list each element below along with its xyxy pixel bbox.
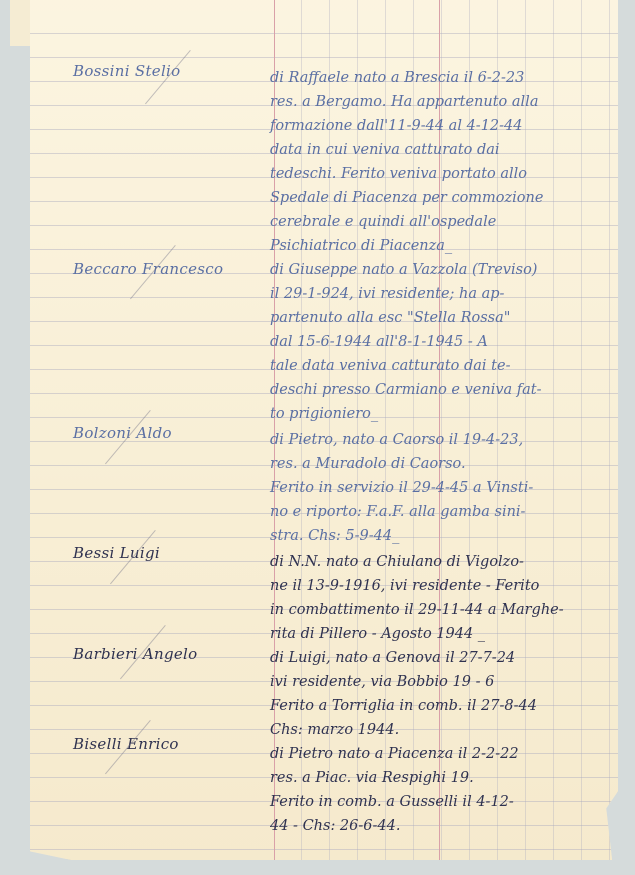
entry-line: Ferito in servizio il 29-4-45 a Vinsti- [270, 476, 615, 500]
entry-line: il 29-1-924, ivi residente; ha ap- [270, 282, 615, 306]
entry-line: to prigioniero_ [270, 402, 615, 426]
entry-line: stra. Chs: 5-9-44_ [270, 524, 615, 548]
entry-line: res. a Piac. via Respighi 19. [270, 766, 615, 790]
entry-name: Bessi Luigi [73, 544, 160, 562]
entry-details: di N.N. nato a Chiulano di Vigolzo- ne i… [270, 550, 615, 646]
entry-line: di Luigi, nato a Genova il 27-7-24 [270, 646, 615, 670]
entry-line: tale data veniva catturato dai te- [270, 354, 615, 378]
entry-line: res. a Muradolo di Caorso. [270, 452, 615, 476]
entry-line: tedeschi. Ferito veniva portato allo [270, 162, 615, 186]
entry-line: Chs: marzo 1944. [270, 718, 615, 742]
entry-name: Bossini Stelio [73, 62, 180, 80]
entry-line: ivi residente, via Bobbio 19 - 6 [270, 670, 615, 694]
entry-line: 44 - Chs: 26-6-44. [270, 814, 615, 838]
entry-line: Spedale di Piacenza per commozione [270, 186, 615, 210]
entry-line: rita di Pillero - Agosto 1944 _ [270, 622, 615, 646]
entry-name: Bolzoni Aldo [73, 424, 172, 442]
entry-line: di Pietro, nato a Caorso il 19-4-23, [270, 428, 615, 452]
entry-line: cerebrale e quindi all'ospedale [270, 210, 615, 234]
entry-line: deschi presso Carmiano e veniva fat- [270, 378, 615, 402]
entry-line: ne il 13-9-1916, ivi residente - Ferito [270, 574, 615, 598]
entry-details: di Luigi, nato a Genova il 27-7-24 ivi r… [270, 646, 615, 742]
entry-details: di Pietro nato a Piacenza il 2-2-22 res.… [270, 742, 615, 838]
entry-line: dal 15-6-1944 all'8-1-1945 - A [270, 330, 615, 354]
entry-details: di Giuseppe nato a Vazzola (Treviso) il … [270, 258, 615, 426]
entry-line: di N.N. nato a Chiulano di Vigolzo- [270, 550, 615, 574]
entry-line: Psichiatrico di Piacenza_ [270, 234, 615, 258]
entry-line: in combattimento il 29-11-44 a Marghe- [270, 598, 615, 622]
entry-line: res. a Bergamo. Ha appartenuto alla [270, 90, 615, 114]
entry-line: Ferito a Torriglia in comb. il 27-8-44 [270, 694, 615, 718]
entry-line: di Giuseppe nato a Vazzola (Treviso) [270, 258, 615, 282]
entry-line: formazione dall'11-9-44 al 4-12-44 [270, 114, 615, 138]
entry-line: no e riporto: F.a.F. alla gamba sini- [270, 500, 615, 524]
entry-details: di Pietro, nato a Caorso il 19-4-23, res… [270, 428, 615, 548]
entry-line: data in cui veniva catturato dai [270, 138, 615, 162]
entry-line: di Raffaele nato a Brescia il 6-2-23 [270, 66, 615, 90]
ledger-page: Bossini Stelio di Raffaele nato a Bresci… [30, 0, 618, 860]
entry-line: Ferito in comb. a Gusselli il 4-12- [270, 790, 615, 814]
entry-details: di Raffaele nato a Brescia il 6-2-23 res… [270, 66, 615, 258]
entry-line: partenuto alla esc "Stella Rossa" [270, 306, 615, 330]
entry-line: di Pietro nato a Piacenza il 2-2-22 [270, 742, 615, 766]
